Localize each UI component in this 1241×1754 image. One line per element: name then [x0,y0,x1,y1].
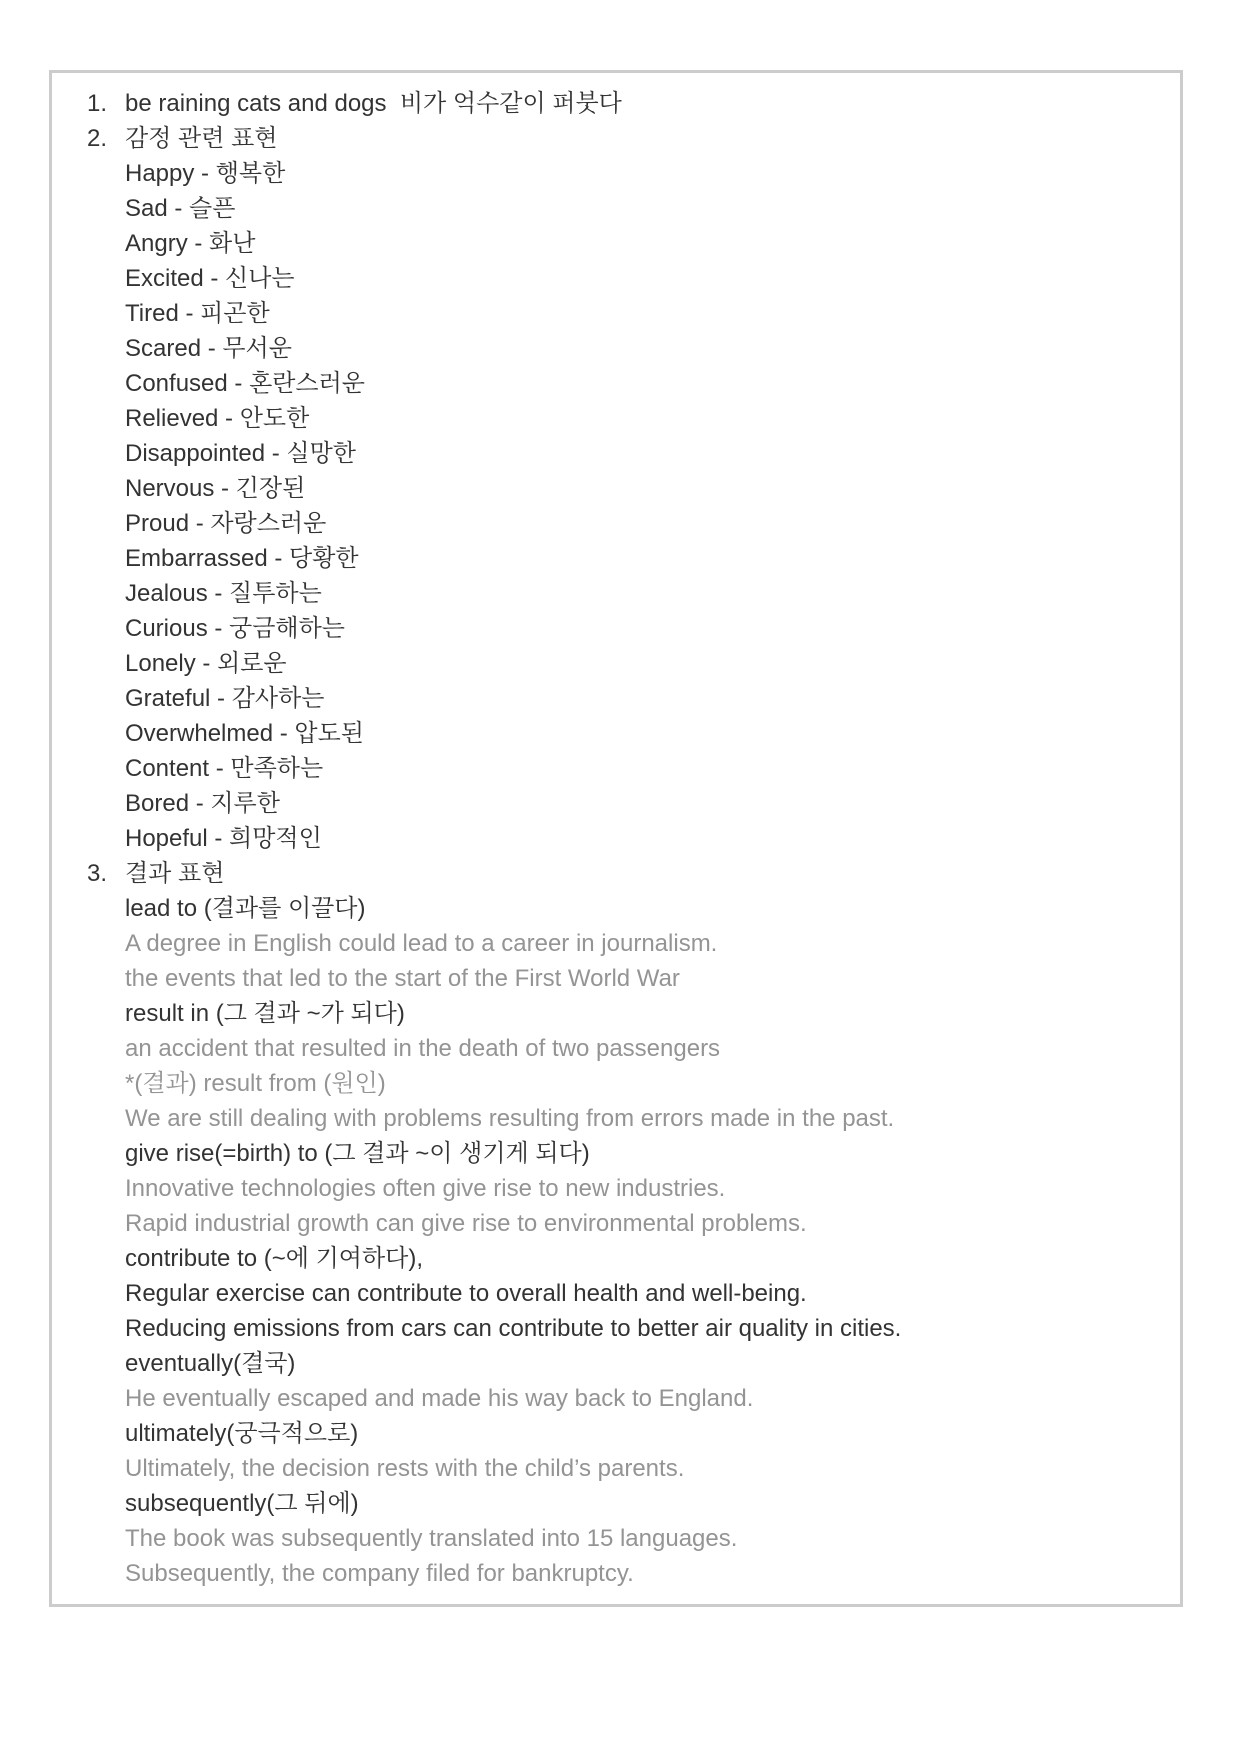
vocab-line: Sad - 슬픈 [125,191,1162,226]
item-title: be raining cats and dogs 비가 억수같이 퍼붓다 [125,86,1162,121]
example-sentence: *(결과) result from (원인) [125,1066,1162,1101]
vocab-line: Grateful - 감사하는 [125,681,1162,716]
vocab-line: Hopeful - 희망적인 [125,821,1162,856]
item-number: 2. [87,121,125,156]
item-title: 결과 표현 [125,856,1162,891]
vocab-line: Content - 만족하는 [125,751,1162,786]
example-sentence: Ultimately, the decision rests with the … [125,1451,1162,1486]
vocab-line: Tired - 피곤한 [125,296,1162,331]
vocab-line: Relieved - 안도한 [125,401,1162,436]
item-content: be raining cats and dogs 비가 억수같이 퍼붓다 [125,86,1162,121]
list-item: 3.결과 표현lead to (결과를 이끌다)A degree in Engl… [87,856,1162,1591]
vocab-line: Scared - 무서운 [125,331,1162,366]
example-sentence: We are still dealing with problems resul… [125,1101,1162,1136]
vocab-line: contribute to (~에 기여하다), [125,1241,1162,1276]
vocab-line: lead to (결과를 이끌다) [125,891,1162,926]
vocab-line: ultimately(궁극적으로) [125,1416,1162,1451]
vocab-line: Happy - 행복한 [125,156,1162,191]
list-item: 2.감정 관련 표현Happy - 행복한Sad - 슬픈Angry - 화난E… [87,121,1162,856]
list-item: 1.be raining cats and dogs 비가 억수같이 퍼붓다 [87,86,1162,121]
document-panel: 1.be raining cats and dogs 비가 억수같이 퍼붓다2.… [49,70,1183,1607]
numbered-list: 1.be raining cats and dogs 비가 억수같이 퍼붓다2.… [87,86,1162,1591]
example-sentence: A degree in English could lead to a care… [125,926,1162,961]
example-sentence: He eventually escaped and made his way b… [125,1381,1162,1416]
item-number: 1. [87,86,125,121]
example-sentence: Subsequently, the company filed for bank… [125,1556,1162,1591]
item-title: 감정 관련 표현 [125,121,1162,156]
item-number: 3. [87,856,125,891]
vocab-line: subsequently(그 뒤에) [125,1486,1162,1521]
vocab-line: Overwhelmed - 압도된 [125,716,1162,751]
item-content: 감정 관련 표현Happy - 행복한Sad - 슬픈Angry - 화난Exc… [125,121,1162,856]
vocab-line: eventually(결국) [125,1346,1162,1381]
example-sentence: an accident that resulted in the death o… [125,1031,1162,1066]
vocab-line: Bored - 지루한 [125,786,1162,821]
vocab-line: Angry - 화난 [125,226,1162,261]
vocab-line: Regular exercise can contribute to overa… [125,1276,1162,1311]
example-sentence: Rapid industrial growth can give rise to… [125,1206,1162,1241]
vocab-line: Proud - 자랑스러운 [125,506,1162,541]
example-sentence: The book was subsequently translated int… [125,1521,1162,1556]
vocab-line: Disappointed - 실망한 [125,436,1162,471]
vocab-line: Lonely - 외로운 [125,646,1162,681]
vocab-line: Excited - 신나는 [125,261,1162,296]
example-sentence: the events that led to the start of the … [125,961,1162,996]
vocab-line: Curious - 궁금해하는 [125,611,1162,646]
vocab-line: Confused - 혼란스러운 [125,366,1162,401]
vocab-line: give rise(=birth) to (그 결과 ~이 생기게 되다) [125,1136,1162,1171]
example-sentence: Innovative technologies often give rise … [125,1171,1162,1206]
item-content: 결과 표현lead to (결과를 이끌다)A degree in Englis… [125,856,1162,1591]
vocab-line: Jealous - 질투하는 [125,576,1162,611]
vocab-line: Nervous - 긴장된 [125,471,1162,506]
vocab-line: Embarrassed - 당황한 [125,541,1162,576]
vocab-line: result in (그 결과 ~가 되다) [125,996,1162,1031]
vocab-line: Reducing emissions from cars can contrib… [125,1311,1162,1346]
